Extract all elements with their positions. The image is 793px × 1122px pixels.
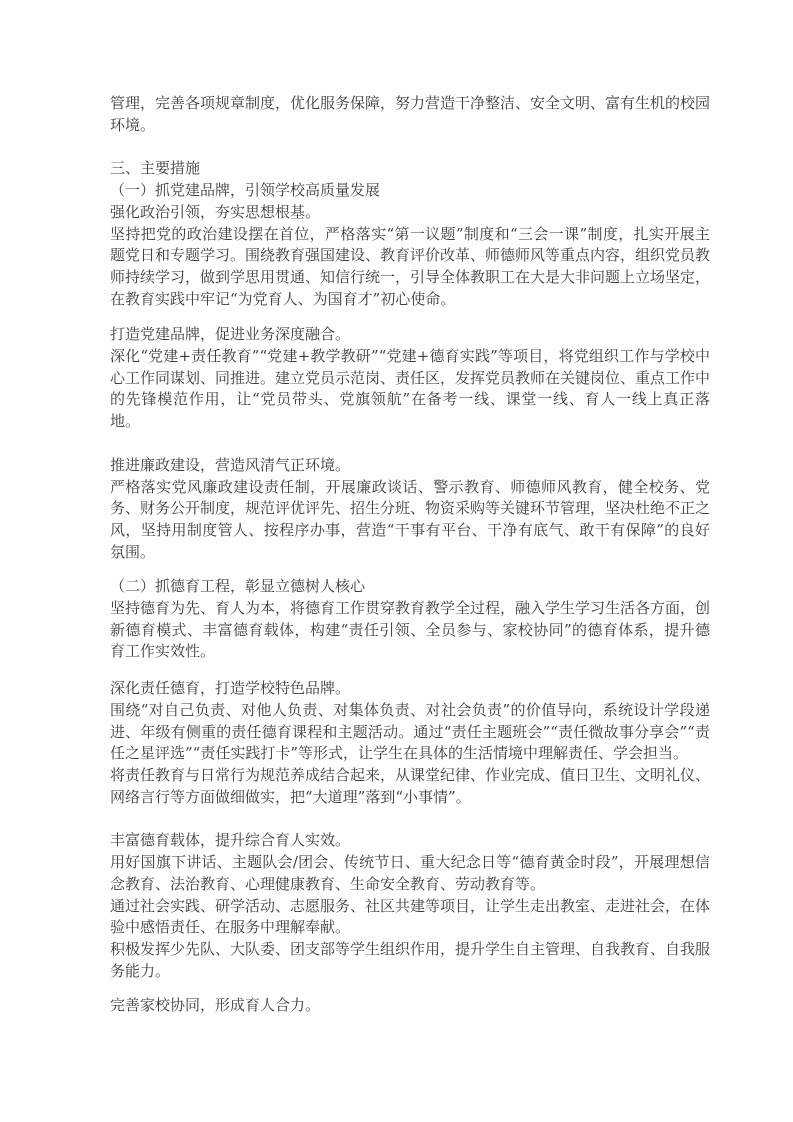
paragraph: 深化“党建+责任教育”“党建+教学教研”“党建+德育实践”等项目，将党组织工作与… (110, 346, 710, 433)
paragraph: 用好国旗下讲话、主题队会/团会、传统节日、重大纪念日等“德育黄金时段”，开展理想… (110, 852, 710, 895)
paragraph: 丰富德育载体，提升综合育人实效。 (110, 830, 710, 852)
paragraph: （二）抓德育工程，彰显立德树人核心 (110, 576, 710, 598)
paragraph: 深化责任德育，打造学校特色品牌。 (110, 678, 710, 700)
paragraph: 强化政治引领，夯实思想根基。 (110, 202, 710, 224)
paragraph: 管理，完善各项规章制度，优化服务保障，努力营造干净整洁、安全文明、富有生机的校园… (110, 93, 710, 136)
paragraph: 打造党建品牌，促进业务深度融合。 (110, 324, 710, 346)
paragraph: 坚持把党的政治建设摆在首位，严格落实“第一议题”制度和“三会一课”制度，扎实开展… (110, 224, 710, 311)
document-page: 管理，完善各项规章制度，优化服务保障，努力营造干净整洁、安全文明、富有生机的校园… (0, 0, 793, 1122)
document-body: 管理，完善各项规章制度，优化服务保障，努力营造干净整洁、安全文明、富有生机的校园… (110, 93, 710, 1017)
paragraph: 推进廉政建设，营造风清气正环境。 (110, 455, 710, 477)
paragraph: 三、主要措施 (110, 158, 710, 180)
paragraph: 围绕“对自己负责、对他人负责、对集体负责、对社会负责”的价值导向，系统设计学段递… (110, 700, 710, 765)
paragraph: 积极发挥少先队、大队委、团支部等学生组织作用，提升学生自主管理、自我教育、自我服… (110, 939, 710, 982)
paragraph: 通过社会实践、研学活动、志愿服务、社区共建等项目，让学生走出教室、走进社会，在体… (110, 896, 710, 939)
paragraph: 严格落实党风廉政建设责任制，开展廉政谈话、警示教育、师德师风教育，健全校务、党务… (110, 477, 710, 564)
paragraph: 坚持德育为先、育人为本，将德育工作贯穿教育教学全过程，融入学生学习生活各方面，创… (110, 598, 710, 663)
paragraph: 完善家校协同，形成育人合力。 (110, 995, 710, 1017)
paragraph: 将责任教育与日常行为规范养成结合起来，从课堂纪律、作业完成、值日卫生、文明礼仪、… (110, 765, 710, 808)
paragraph: （一）抓党建品牌，引领学校高质量发展 (110, 180, 710, 202)
